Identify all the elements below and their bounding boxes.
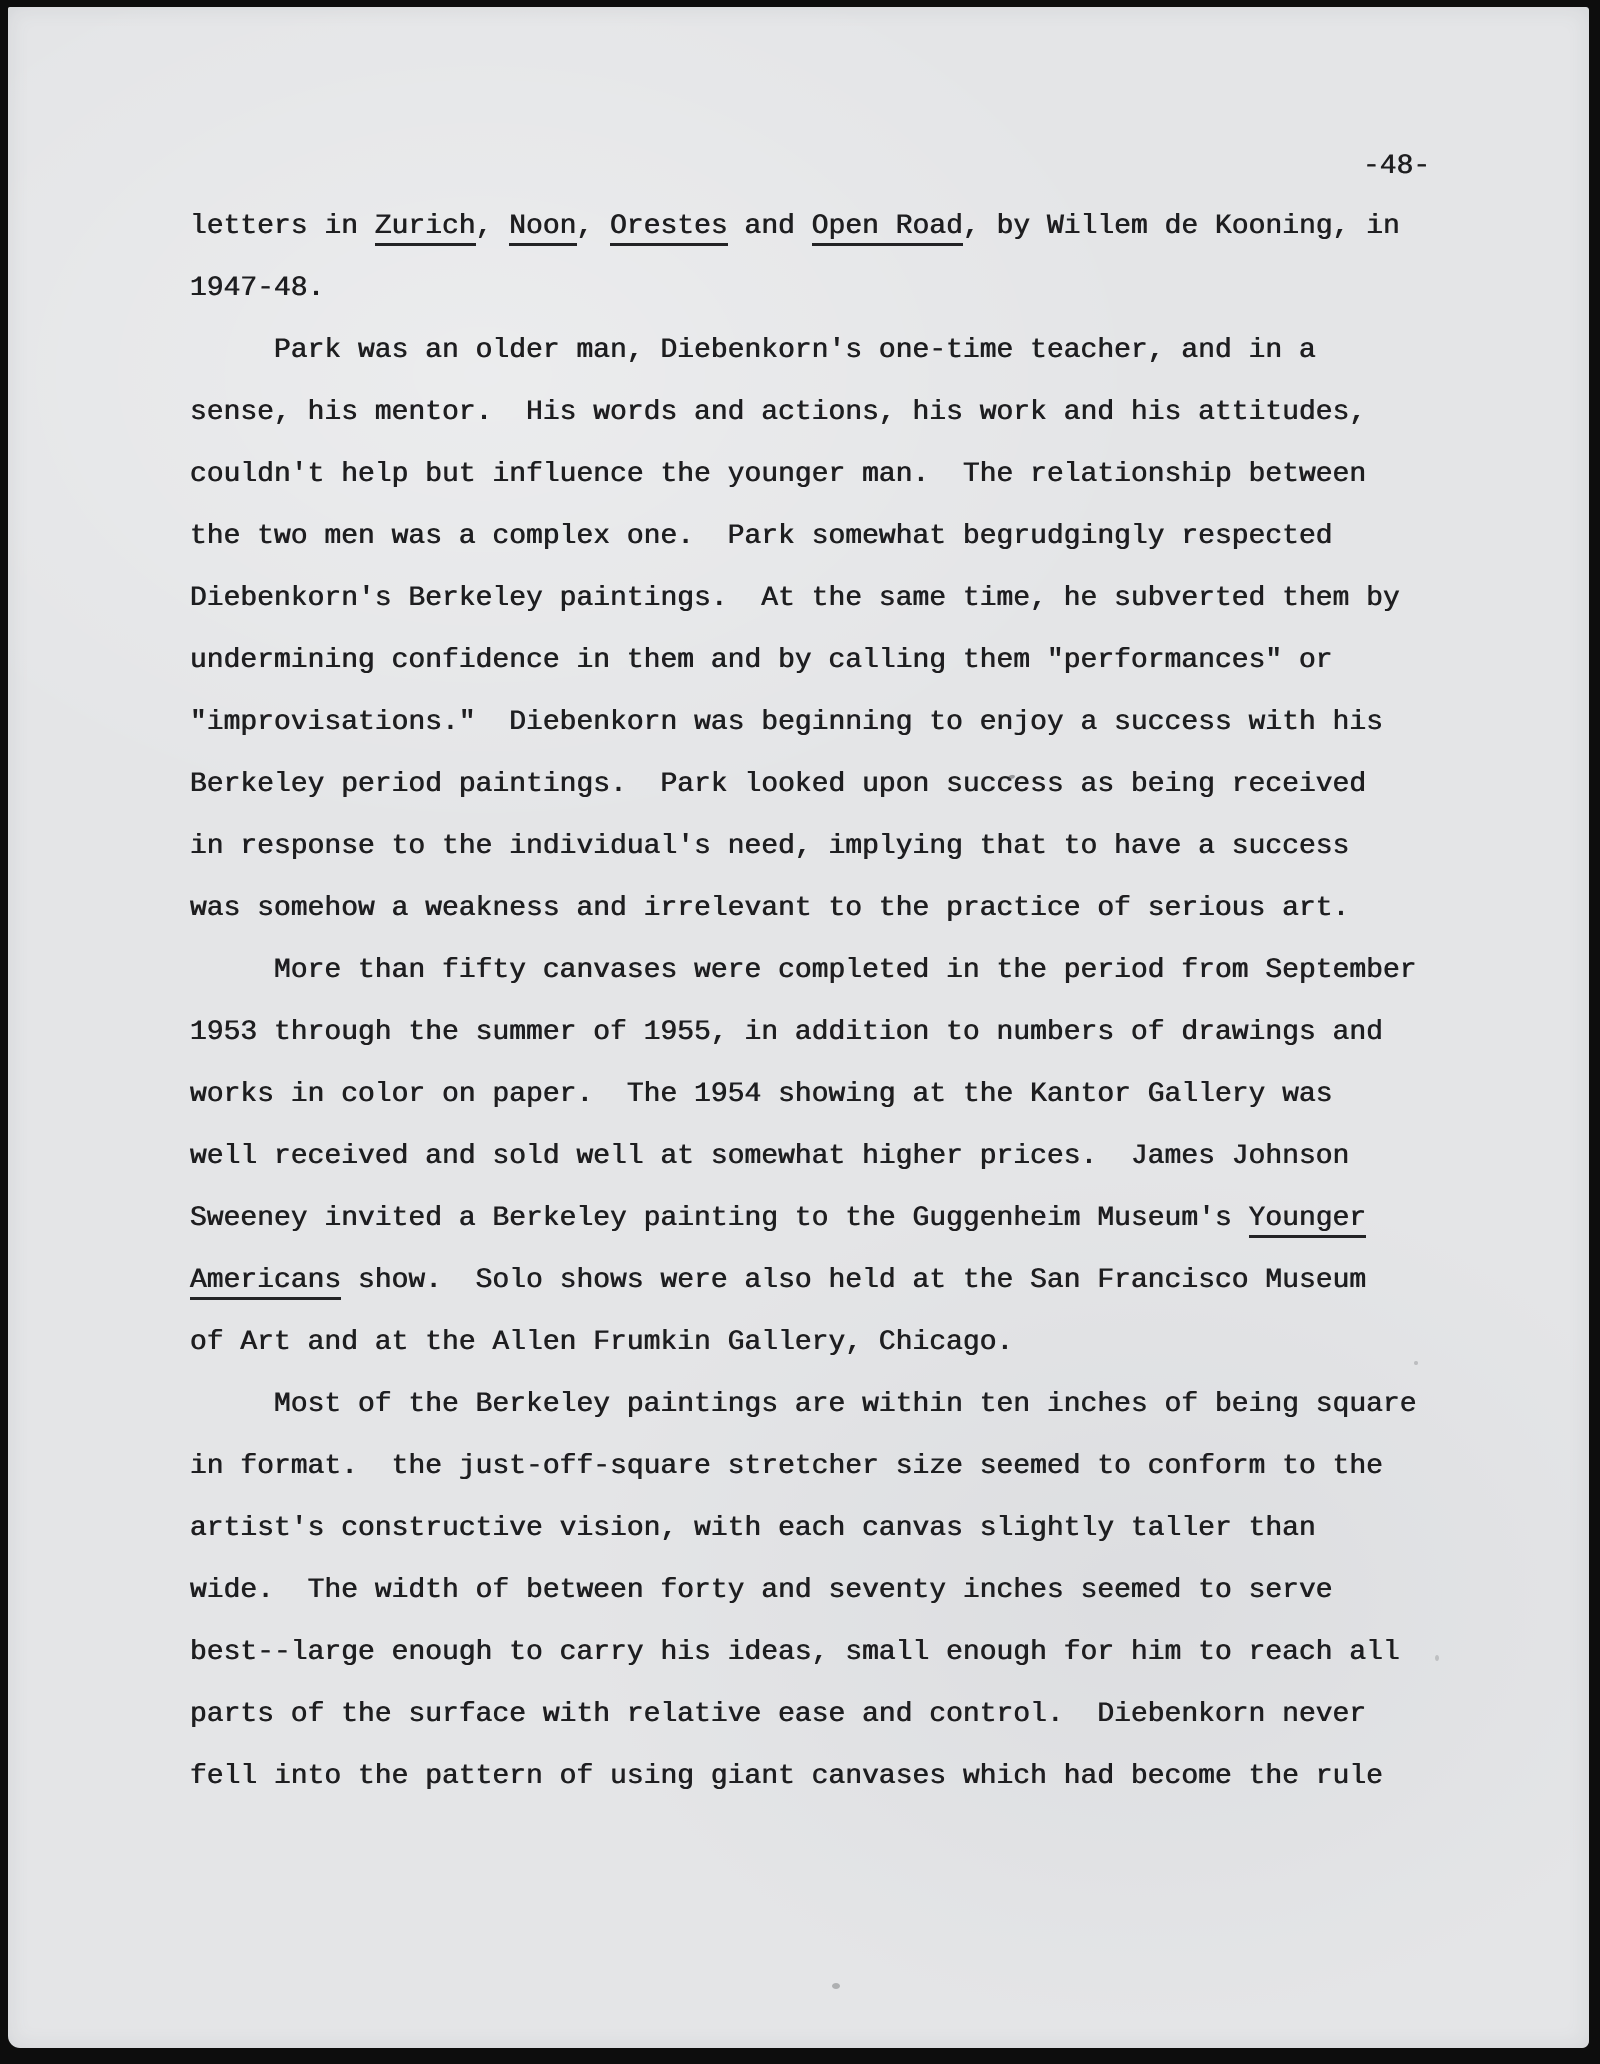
text-line: in response to the individual's need, im… <box>190 816 1417 878</box>
text-segment: 1953 through the summer of 1955, in addi… <box>190 1017 1383 1048</box>
text-segment: , <box>476 211 510 242</box>
text-segment: well received and sold well at somewhat … <box>190 1141 1349 1172</box>
text-line: Park was an older man, Diebenkorn's one-… <box>190 320 1417 382</box>
underlined-title-text: Noon <box>509 211 576 246</box>
text-segment: was somehow a weakness and irrelevant to… <box>190 893 1349 924</box>
text-line: Diebenkorn's Berkeley paintings. At the … <box>190 568 1417 630</box>
underlined-title-text: Orestes <box>610 211 728 246</box>
text-segment: sense, his mentor. His words and actions… <box>190 397 1366 428</box>
text-line: in format. the just-off-square stretcher… <box>190 1436 1417 1498</box>
text-segment: in response to the individual's need, im… <box>190 831 1349 862</box>
text-line: letters in Zurich, Noon, Orestes and Ope… <box>190 196 1417 258</box>
text-segment: "improvisations." Diebenkorn was beginni… <box>190 707 1383 738</box>
text-line: of Art and at the Allen Frumkin Gallery,… <box>190 1312 1417 1374</box>
text-segment: Berkeley period paintings. Park looked u… <box>190 769 1366 800</box>
text-line: undermining confidence in them and by ca… <box>190 630 1417 692</box>
text-segment: artist's constructive vision, with each … <box>190 1513 1316 1544</box>
text-segment: best--large enough to carry his ideas, s… <box>190 1637 1400 1668</box>
scan-speck <box>1414 1361 1418 1365</box>
text-segment: Diebenkorn's Berkeley paintings. At the … <box>190 583 1400 614</box>
text-line: was somehow a weakness and irrelevant to… <box>190 878 1417 940</box>
scan-speck <box>832 1983 840 1989</box>
text-line: "improvisations." Diebenkorn was beginni… <box>190 692 1417 754</box>
page-number: -48- <box>1363 136 1430 198</box>
text-segment: , <box>577 211 611 242</box>
text-line: couldn't help but influence the younger … <box>190 444 1417 506</box>
document-page: -48- letters in Zurich, Noon, Orestes an… <box>8 7 1589 2048</box>
text-line: wide. The width of between forty and sev… <box>190 1560 1417 1622</box>
text-line: works in color on paper. The 1954 showin… <box>190 1064 1417 1126</box>
scan-speck <box>1435 1655 1439 1661</box>
text-segment: and <box>728 211 812 242</box>
text-line: fell into the pattern of using giant can… <box>190 1746 1417 1808</box>
text-line: Americans show. Solo shows were also hel… <box>190 1250 1417 1312</box>
text-segment: More than fifty canvases were completed … <box>190 955 1417 986</box>
text-segment: couldn't help but influence the younger … <box>190 459 1366 490</box>
underlined-title-text: Younger <box>1249 1203 1367 1238</box>
text-line: 1953 through the summer of 1955, in addi… <box>190 1002 1417 1064</box>
text-segment: Most of the Berkeley paintings are withi… <box>190 1389 1417 1420</box>
text-line: the two men was a complex one. Park some… <box>190 506 1417 568</box>
text-line: well received and sold well at somewhat … <box>190 1126 1417 1188</box>
text-segment: letters in <box>190 211 375 242</box>
text-line: Most of the Berkeley paintings are withi… <box>190 1374 1417 1436</box>
underlined-title-text: Zurich <box>375 211 476 246</box>
text-segment: , by Willem de Kooning, in <box>963 211 1400 242</box>
text-line: best--large enough to carry his ideas, s… <box>190 1622 1417 1684</box>
text-line: Berkeley period paintings. Park looked u… <box>190 754 1417 816</box>
text-segment: Sweeney invited a Berkeley painting to t… <box>190 1203 1249 1234</box>
text-segment: the two men was a complex one. Park some… <box>190 521 1333 552</box>
text-segment: show. Solo shows were also held at the S… <box>341 1265 1366 1296</box>
text-line: parts of the surface with relative ease … <box>190 1684 1417 1746</box>
text-segment: parts of the surface with relative ease … <box>190 1699 1366 1730</box>
text-segment: undermining confidence in them and by ca… <box>190 645 1333 676</box>
text-line: sense, his mentor. His words and actions… <box>190 382 1417 444</box>
text-segment: 1947-48. <box>190 273 324 304</box>
text-segment: fell into the pattern of using giant can… <box>190 1761 1383 1792</box>
text-line: More than fifty canvases were completed … <box>190 940 1417 1002</box>
text-segment: Park was an older man, Diebenkorn's one-… <box>190 335 1316 366</box>
text-segment: works in color on paper. The 1954 showin… <box>190 1079 1333 1110</box>
text-line: artist's constructive vision, with each … <box>190 1498 1417 1560</box>
text-segment: wide. The width of between forty and sev… <box>190 1575 1333 1606</box>
underlined-title-text: Americans <box>190 1265 341 1300</box>
text-segment: in format. the just-off-square stretcher… <box>190 1451 1383 1482</box>
text-segment: of Art and at the Allen Frumkin Gallery,… <box>190 1327 1013 1358</box>
scan-border: -48- letters in Zurich, Noon, Orestes an… <box>0 0 1600 2064</box>
underlined-title-text: Open Road <box>812 211 963 246</box>
text-line: Sweeney invited a Berkeley painting to t… <box>190 1188 1417 1250</box>
text-line: 1947-48. <box>190 258 1417 320</box>
document-text: letters in Zurich, Noon, Orestes and Ope… <box>190 196 1417 1808</box>
